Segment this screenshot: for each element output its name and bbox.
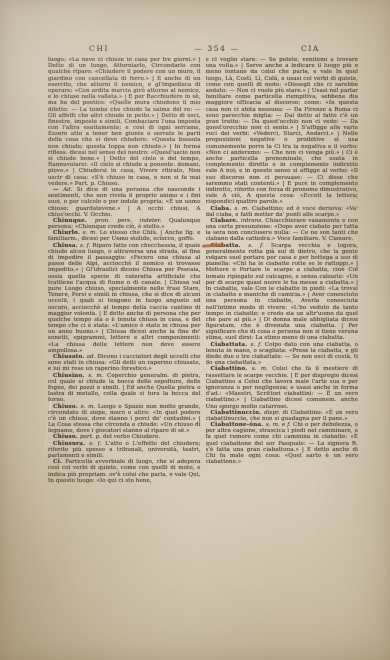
entry-headword: Ciabattino. bbox=[211, 366, 252, 372]
entry-headword: Chiusura. bbox=[53, 441, 89, 447]
text-block: luogo: «La neve ci chiuse in casa per tr… bbox=[48, 57, 358, 579]
dictionary-entry: Ci. Particella avverbiale di luogo, che … bbox=[48, 459, 201, 484]
entry-part-of-speech: s. f. bbox=[89, 441, 105, 447]
entry-headword: Chiuso. bbox=[53, 404, 81, 410]
entry-part-of-speech: s. f. bbox=[80, 243, 92, 249]
entry-part-of-speech: s. m. bbox=[83, 230, 100, 236]
entry-headword: Ciaba. bbox=[211, 206, 235, 212]
entry-part-of-speech: s. m. bbox=[234, 206, 251, 212]
text-column-right: e ci voglio stare: — Se potete, venitemi… bbox=[206, 57, 359, 579]
header-left-keyword: CHI bbox=[89, 44, 109, 53]
entry-continuation: luogo: «La neve ci chiuse in casa per tr… bbox=[48, 57, 201, 187]
entry-headword: Chiusa. bbox=[53, 243, 80, 249]
entry-part-of-speech: ad. bbox=[87, 354, 98, 360]
entry-headword: Chiuso. bbox=[53, 434, 80, 440]
header-right-keyword: CIA bbox=[301, 44, 320, 53]
entry-headword: Ciabatta. bbox=[211, 243, 249, 249]
entry-headword: Chiusato. bbox=[53, 354, 87, 360]
dictionary-entry: Ciabattone-óna. s. m. e f. Chi o per deb… bbox=[206, 422, 359, 465]
dictionary-entry: Chiusino. s. m. Coperchio generalm. di p… bbox=[48, 373, 201, 404]
dictionary-entry: — Ad. Si dice di una persona che nascond… bbox=[48, 187, 201, 218]
dictionary-entry: Chiunque. pron. pers. indeter. Qualunque… bbox=[48, 218, 201, 230]
dictionary-entry: Ciabattata. s. f. Colpo dato con una cia… bbox=[206, 342, 359, 367]
entry-headword: Chiurlo. bbox=[53, 230, 83, 236]
dictionary-entry: Chiurlo. s. m. Lo stesso che Chiù. | Anc… bbox=[48, 230, 201, 242]
dictionary-entry: Chiusura. s. f. L'atto o L'effetto del c… bbox=[48, 441, 201, 460]
entry-part-of-speech: s. f. bbox=[251, 342, 265, 348]
entry-part-of-speech: dispr. bbox=[264, 410, 283, 416]
entry-headword: — bbox=[53, 187, 63, 193]
entry-headword: Ciabattone-óna. bbox=[211, 422, 266, 428]
entry-part-of-speech: s. m. bbox=[252, 366, 272, 372]
entry-headword: Ciabattata. bbox=[211, 342, 251, 348]
entry-part-of-speech: intrans. bbox=[241, 218, 266, 224]
entry-headword: Ci. bbox=[53, 459, 65, 465]
entry-part-of-speech: s. m. bbox=[81, 404, 98, 410]
entry-part-of-speech: s. m. bbox=[88, 373, 107, 379]
entry-continuation: e ci voglio stare: — Se potete, venitemi… bbox=[206, 57, 359, 206]
dictionary-entry: Chiusa. s. f. Riparo fatto con checchess… bbox=[48, 243, 201, 354]
entry-part-of-speech: s. m. e f. bbox=[266, 422, 293, 428]
dictionary-entry: Ciabatta. s. f. Scarpa vecchia e logora,… bbox=[206, 243, 359, 342]
dictionary-entry: Ciabattinuccio. dispr. di Ciabattino: «È… bbox=[206, 410, 359, 422]
dictionary-entry: Chiuso. s. m. Luogo o Spazio non molto g… bbox=[48, 404, 201, 435]
entry-part-of-speech: s. f. bbox=[248, 243, 271, 249]
dictionary-entry: Ciabare. intrans. Chiacchierare vanament… bbox=[206, 218, 359, 243]
dictionary-entry: Ciaba. s. m. Ciabattino; ed è voce deris… bbox=[206, 206, 359, 218]
entry-headword: Chiunque. bbox=[53, 218, 95, 224]
entry-headword: Chiusino. bbox=[53, 373, 88, 379]
entry-part-of-speech: pron. pers. indeter. bbox=[95, 218, 169, 224]
entry-part-of-speech: Ad. bbox=[63, 187, 77, 193]
running-head: CHI — 354 — CIA bbox=[0, 44, 390, 56]
scanned-dictionary-page: { "page": { "header": { "left": "CHI", "… bbox=[0, 0, 390, 660]
dictionary-entry: Ciabattino. s. m. Colui che fa il mestie… bbox=[206, 366, 359, 409]
header-page-number: — 354 — bbox=[194, 44, 239, 53]
text-column-left: luogo: «La neve ci chiuse in casa per tr… bbox=[48, 57, 201, 579]
entry-headword: Ciabattinuccio. bbox=[211, 410, 265, 416]
entry-headword: Ciabare. bbox=[211, 218, 241, 224]
entry-part-of-speech: part. p. bbox=[80, 434, 103, 440]
dictionary-entry: Chiusato. ad. Dicono i cacciatori degli … bbox=[48, 354, 201, 373]
